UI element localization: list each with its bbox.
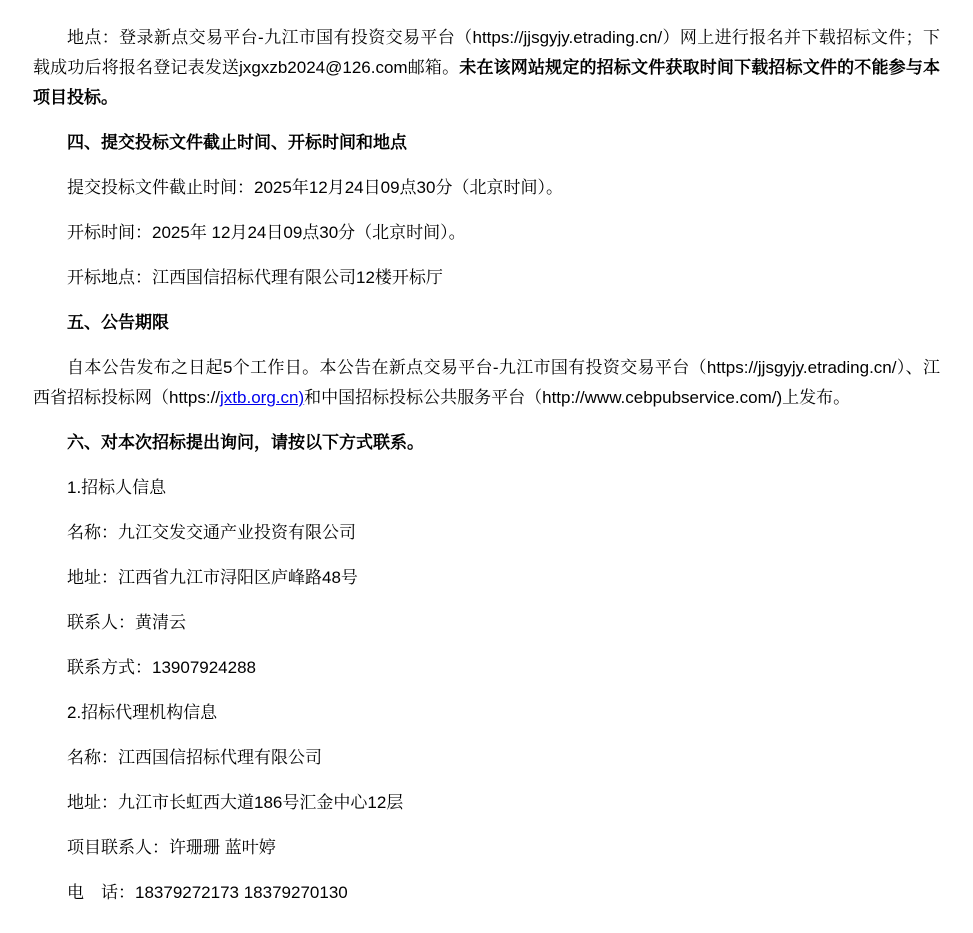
p-bidder-address: 地址：江西省九江市浔阳区庐峰路48号 bbox=[33, 563, 940, 593]
p-bid-deadline: 提交投标文件截止时间：2025年12月24日09点30分（北京时间）。 bbox=[33, 173, 940, 203]
announcement-period-text-2: 和中国招标投标公共服务平台（http://www.cebpubservice.c… bbox=[304, 388, 850, 407]
heading-section-5: 五、公告期限 bbox=[33, 308, 940, 338]
p-bidder-name: 名称：九江交发交通产业投资有限公司 bbox=[33, 518, 940, 548]
heading-section-6: 六、对本次招标提出询问，请按以下方式联系。 bbox=[33, 428, 940, 458]
heading-section-4: 四、提交投标文件截止时间、开标时间和地点 bbox=[33, 128, 940, 158]
tender-announcement-document: { "page": { "background": "#ffffff", "te… bbox=[0, 0, 973, 933]
p-bidder-contact: 联系人：黄清云 bbox=[33, 608, 940, 638]
p-agency-phones: 电 话：18379272173 18379270130 bbox=[33, 878, 940, 908]
p-bidder-info-title: 1.招标人信息 bbox=[33, 473, 940, 503]
p-agency-info-title: 2.招标代理机构信息 bbox=[33, 698, 940, 728]
p-location-notice: 地点：登录新点交易平台-九江市国有投资交易平台（https://jjsgyjy.… bbox=[33, 23, 940, 113]
jxtb-website-link[interactable]: jxtb.org.cn) bbox=[220, 388, 304, 407]
p-agency-address: 地址：九江市长虹西大道186号汇金中心12层 bbox=[33, 788, 940, 818]
p-bid-opening-time: 开标时间：2025年 12月24日09点30分（北京时间）。 bbox=[33, 218, 940, 248]
p-agency-contacts: 项目联系人：许珊珊 蓝叶婷 bbox=[33, 833, 940, 863]
p-announcement-period: 自本公告发布之日起5个工作日。本公告在新点交易平台-九江市国有投资交易平台（ht… bbox=[33, 353, 940, 413]
p-agency-name: 名称：江西国信招标代理有限公司 bbox=[33, 743, 940, 773]
p-bid-opening-place: 开标地点：江西国信招标代理有限公司12楼开标厅 bbox=[33, 263, 940, 293]
p-bidder-phone: 联系方式：13907924288 bbox=[33, 653, 940, 683]
